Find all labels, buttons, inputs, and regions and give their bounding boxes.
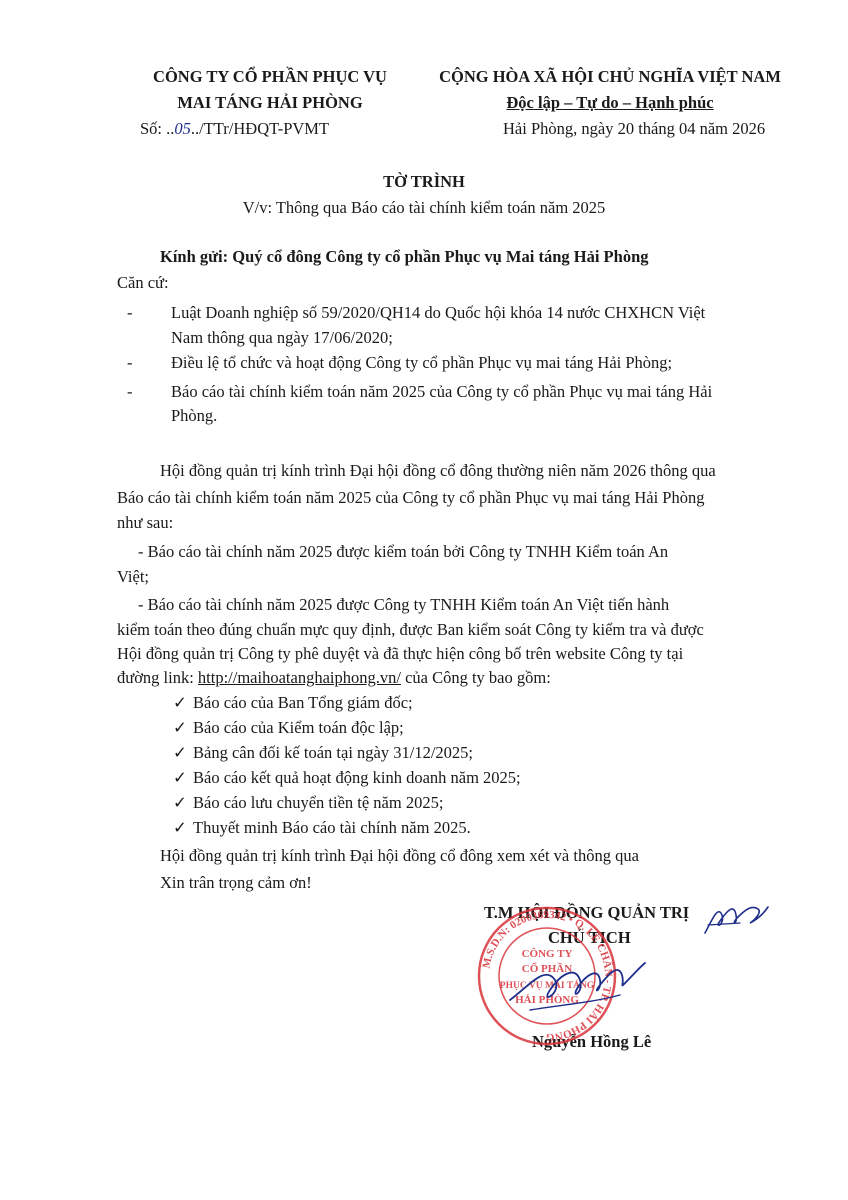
- bullet-dash: -: [127, 302, 133, 324]
- point2-line3: Hội đồng quản trị Công ty phê duyệt và đ…: [117, 643, 683, 665]
- checkmark-icon: ✓: [173, 742, 193, 764]
- bullet-dash: -: [127, 352, 133, 374]
- point2-line2: kiểm toán theo đúng chuẩn mực quy định, …: [117, 619, 704, 641]
- checkmark-icon: ✓: [173, 717, 193, 739]
- point2-line1: - Báo cáo tài chính năm 2025 được Công t…: [138, 594, 669, 616]
- bullet-dash: -: [127, 381, 133, 403]
- place-date: Hải Phòng, ngày 20 tháng 04 năm 2026: [503, 118, 765, 140]
- basis-item-1-line1: Luật Doanh nghiệp số 59/2020/QH14 do Quố…: [171, 302, 705, 324]
- checklist-item: ✓Báo cáo của Ban Tổng giám đốc;: [173, 692, 413, 714]
- closing-request: Hội đồng quản trị kính trình Đại hội đồn…: [160, 845, 639, 867]
- checklist-item: ✓Báo cáo của Kiểm toán độc lập;: [173, 717, 404, 739]
- motto: Độc lập – Tự do – Hạnh phúc: [400, 92, 820, 114]
- checkmark-icon: ✓: [173, 767, 193, 789]
- company-name-line1: CÔNG TY CỔ PHẦN PHỤC VỤ: [100, 66, 440, 88]
- basis-item-3-line2: Phòng.: [171, 405, 217, 427]
- intro-line1: Hội đồng quản trị kính trình Đại hội đồn…: [160, 460, 716, 482]
- checkmark-icon: ✓: [173, 692, 193, 714]
- basis-label: Căn cứ:: [117, 272, 169, 294]
- recipient: Kính gửi: Quý cổ đông Công ty cổ phần Ph…: [160, 246, 649, 268]
- handwritten-number: 05: [174, 119, 191, 138]
- intro-line3: như sau:: [117, 512, 173, 534]
- point1-line2: Việt;: [117, 566, 149, 588]
- closing-thanks: Xin trân trọng cảm ơn!: [160, 872, 312, 894]
- national-title: CỘNG HÒA XÃ HỘI CHỦ NGHĨA VIỆT NAM: [400, 66, 820, 88]
- checklist-item: ✓Báo cáo lưu chuyển tiền tệ năm 2025;: [173, 792, 443, 814]
- document-title: TỜ TRÌNH: [0, 171, 848, 193]
- company-name-line2: MAI TÁNG HẢI PHÒNG: [100, 92, 440, 114]
- website-link[interactable]: http://maihoatanghaiphong.vn/: [198, 668, 401, 687]
- checklist-item: ✓Báo cáo kết quả hoạt động kinh doanh nă…: [173, 767, 521, 789]
- basis-item-3-line1: Báo cáo tài chính kiểm toán năm 2025 của…: [171, 381, 712, 403]
- basis-item-2: Điều lệ tổ chức và hoạt động Công ty cổ …: [171, 352, 672, 374]
- checklist-item: ✓Bảng cân đối kế toán tại ngày 31/12/202…: [173, 742, 473, 764]
- point1-line1: - Báo cáo tài chính năm 2025 được kiểm t…: [138, 541, 668, 563]
- point2-line4: đường link: http://maihoatanghaiphong.vn…: [117, 667, 551, 689]
- checkmark-icon: ✓: [173, 817, 193, 839]
- document-subject: V/v: Thông qua Báo cáo tài chính kiểm to…: [0, 197, 848, 219]
- chairman-signature: [500, 945, 650, 1025]
- intro-line2: Báo cáo tài chính kiểm toán năm 2025 của…: [117, 487, 704, 509]
- initials-signature: [700, 895, 770, 940]
- checkmark-icon: ✓: [173, 792, 193, 814]
- checklist-item: ✓Thuyết minh Báo cáo tài chính năm 2025.: [173, 817, 471, 839]
- document-number: Số: ..05../TTr/HĐQT-PVMT: [140, 118, 329, 140]
- basis-item-1-line2: Nam thông qua ngày 17/06/2020;: [171, 327, 393, 349]
